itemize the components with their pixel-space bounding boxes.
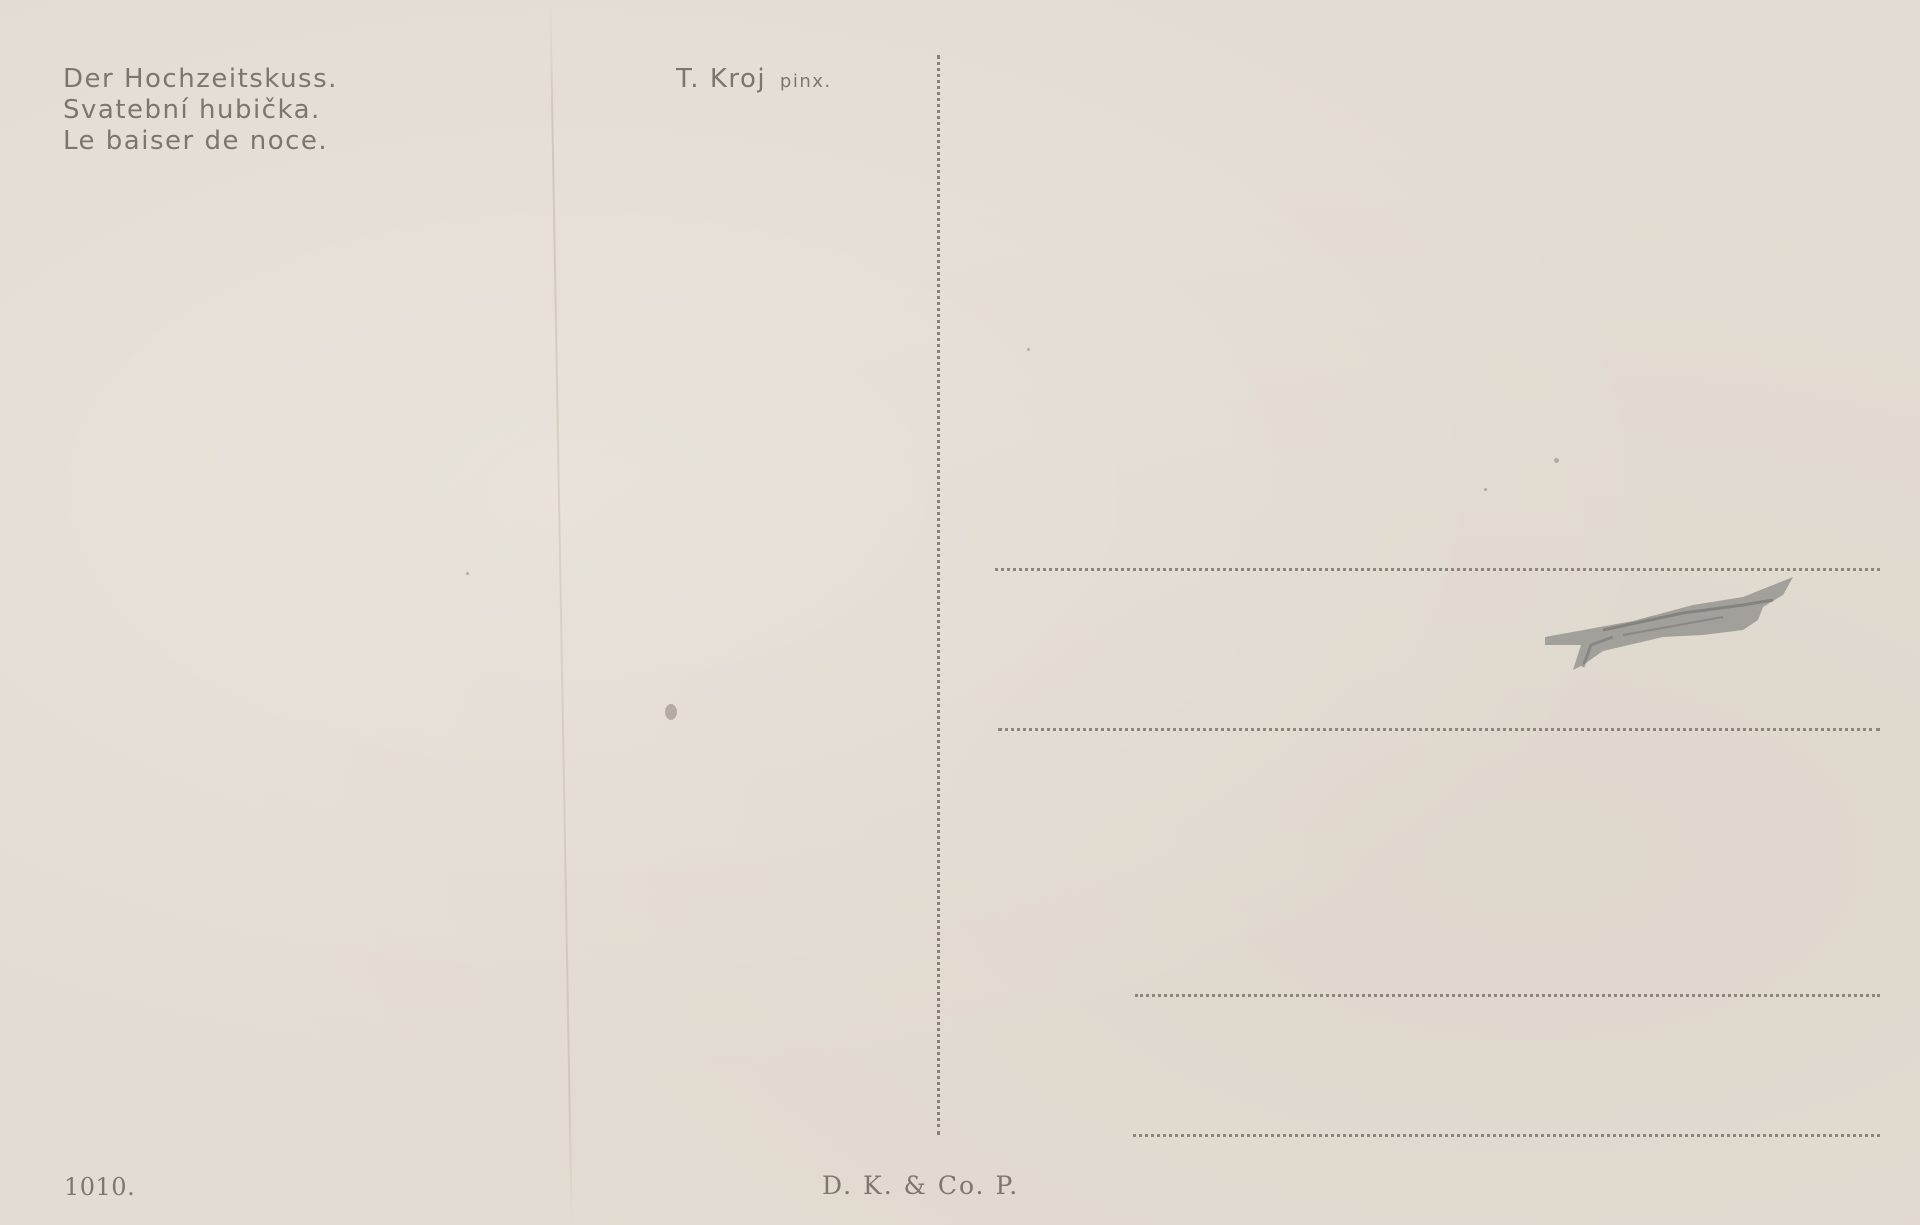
paper-speck xyxy=(665,704,677,720)
paper-speck xyxy=(1484,488,1487,491)
paper-speck xyxy=(466,572,469,575)
serial-number: 1010. xyxy=(64,1173,135,1201)
vertical-divider xyxy=(937,55,940,1135)
address-line-1 xyxy=(995,568,1880,571)
artist-pinx: pinx. xyxy=(780,71,832,92)
paper-speck xyxy=(1554,458,1559,463)
caption-german: Der Hochzeitskuss. xyxy=(63,64,338,95)
paper-crease xyxy=(549,0,572,1225)
artist-name: T. Kroj xyxy=(676,64,766,94)
address-line-3 xyxy=(1135,994,1880,997)
pencil-scribble-icon xyxy=(1543,575,1803,685)
artist-credit: T. Kroj pinx. xyxy=(676,64,832,94)
publisher-imprint: D. K. & Co. P. xyxy=(822,1171,1019,1200)
address-line-4 xyxy=(1133,1134,1880,1137)
paper-speck xyxy=(1027,348,1030,351)
address-line-2 xyxy=(998,728,1880,731)
caption-french: Le baiser de noce. xyxy=(63,126,338,157)
postcard-back: Der Hochzeitskuss. Svatební hubička. Le … xyxy=(0,0,1920,1225)
caption-czech: Svatební hubička. xyxy=(63,95,338,126)
caption-block: Der Hochzeitskuss. Svatební hubička. Le … xyxy=(63,64,338,157)
